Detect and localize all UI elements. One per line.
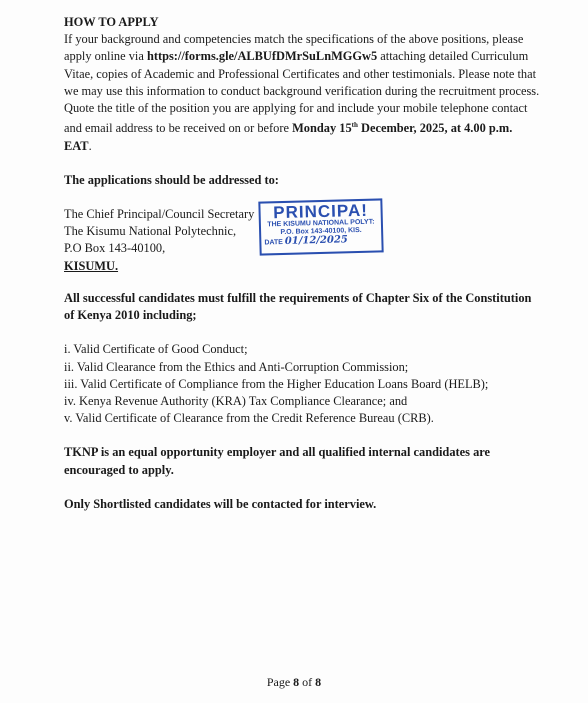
requirements-heading: All successful candidates must fulfill t… bbox=[64, 290, 542, 324]
page-footer: Page 8 of 8 bbox=[0, 675, 588, 690]
requirement-item: ii. Valid Clearance from the Ethics and … bbox=[64, 359, 542, 376]
deadline-period: . bbox=[89, 139, 92, 153]
requirement-item: iii. Valid Certificate of Compliance fro… bbox=[64, 376, 542, 393]
addressed-to-heading: The applications should be addressed to: bbox=[64, 172, 542, 189]
requirements-list: i. Valid Certificate of Good Conduct; ii… bbox=[64, 341, 542, 427]
stamp-date-row: DATE 01/12/2025 bbox=[261, 234, 381, 248]
of-label: of bbox=[299, 675, 315, 689]
stamp-signature-date: 01/12/2025 bbox=[285, 234, 348, 247]
requirement-item: iv. Kenya Revenue Authority (KRA) Tax Co… bbox=[64, 393, 542, 410]
address-block: The Chief Principal/Council Secretary Th… bbox=[64, 206, 542, 272]
requirement-item: v. Valid Certificate of Clearance from t… bbox=[64, 410, 542, 427]
stamp-date-label: DATE bbox=[264, 239, 283, 246]
equal-opportunity-statement: TKNP is an equal opportunity employer an… bbox=[64, 444, 542, 478]
page-label: Page bbox=[267, 675, 293, 689]
address-city: KISUMU. bbox=[64, 258, 542, 275]
document-page: HOW TO APPLY If your background and comp… bbox=[64, 14, 542, 513]
how-to-apply-paragraph: If your background and competencies matc… bbox=[64, 31, 542, 155]
requirement-item: i. Valid Certificate of Good Conduct; bbox=[64, 341, 542, 358]
principal-stamp: PRINCIPA! THE KISUMU NATIONAL POLYT: P.O… bbox=[258, 198, 383, 255]
application-form-link[interactable]: https://forms.gle/ALBUfDMrSuLnMGGw5 bbox=[147, 49, 377, 63]
how-to-apply-heading: HOW TO APPLY bbox=[64, 14, 542, 31]
deadline-day: Monday 15 bbox=[292, 121, 352, 135]
total-pages: 8 bbox=[315, 675, 321, 689]
shortlist-note: Only Shortlisted candidates will be cont… bbox=[64, 496, 542, 513]
